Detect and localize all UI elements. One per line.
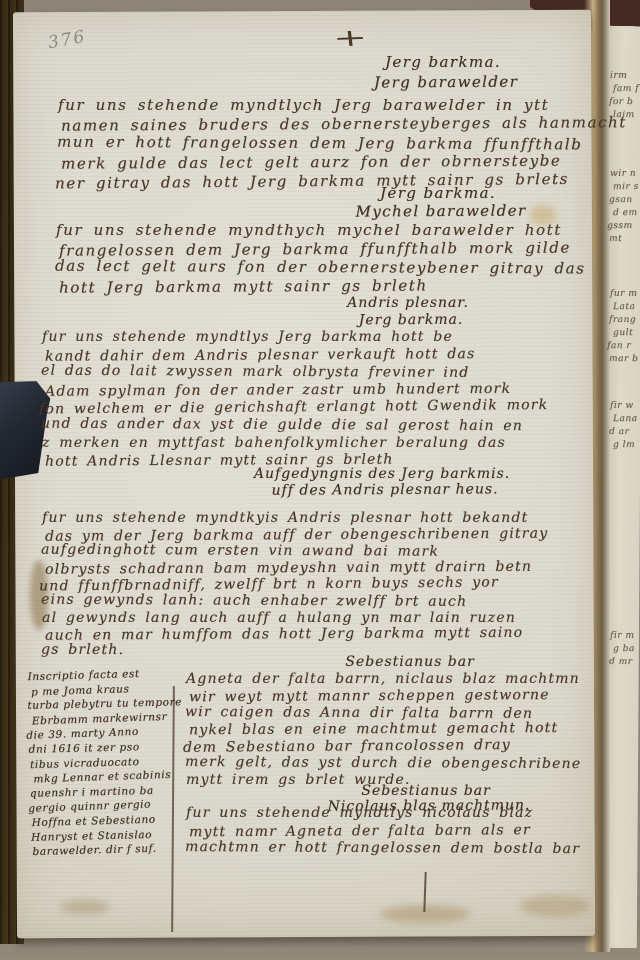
- text-line: z merken en myttfast bahenfolkymlicher b…: [42, 435, 586, 453]
- adjacent-page-text-fragment: irmfam ffor blaim: [610, 70, 638, 122]
- text-line: fur m: [610, 288, 638, 301]
- entry3-subheading: Aufgedyngnis des Jerg barkmis.uff des An…: [214, 466, 550, 498]
- text-line: Mychel barawelder: [301, 201, 581, 221]
- text-line: frang: [609, 314, 637, 327]
- text-line: gult: [613, 327, 640, 340]
- text-line: hott Jerg barkma mytt sainr gs brleth: [59, 275, 591, 297]
- text-line: fur uns stehende myndthych mychel barawe…: [56, 221, 588, 240]
- cross-mark: +: [331, 23, 368, 52]
- text-line: wir weyt mytt mannr scheppen gestworne: [189, 687, 593, 706]
- text-line: eins gewynds lanh: auch enhaber zwelff b…: [41, 592, 585, 611]
- entry5-heading: Sebestianus bar: [300, 654, 520, 671]
- text-line: merk gelt, das yst durch die obengeschri…: [185, 754, 589, 773]
- adjacent-page-text-fragment: wir nmir sgsand emgssmmt: [610, 168, 638, 246]
- text-line: mar b: [609, 353, 637, 366]
- text-line: mt: [609, 233, 637, 246]
- entry6-body: fur uns stehende myndtlys nicolaus blazm…: [186, 805, 590, 858]
- text-line: Jerg barawelder: [311, 71, 581, 93]
- paper-stain: [60, 900, 110, 914]
- entry2-body: fur uns stehende myndthych mychel barawe…: [56, 221, 588, 295]
- text-line: d mr: [609, 656, 637, 669]
- text-line: irm: [610, 70, 638, 83]
- text-line: Agneta der falta barrn, niclaus blaz mac…: [186, 671, 590, 688]
- entry1-body: fur uns stehende myndtlych Jerg baraweld…: [58, 96, 588, 191]
- text-line: Hanryst et Stanislao: [31, 827, 181, 845]
- text-line: gsan: [609, 194, 637, 207]
- text-line: fir m: [610, 630, 638, 643]
- text-line: fur uns stehende myndtkyis Andris plesna…: [42, 510, 586, 527]
- text-line: mir s: [613, 181, 640, 194]
- text-line: das lect gelt aurs fon der obernersteybe…: [55, 257, 587, 278]
- text-line: d em: [613, 207, 640, 220]
- adjacent-page-text-fragment: fir wLanad arg lm: [610, 400, 638, 452]
- text-line: machtmn er hott frangelossen dem bostla …: [185, 839, 589, 859]
- entry3-heading: Andris plesnar.Jerg barkma.: [268, 295, 548, 329]
- text-line: Sebestianus bar: [300, 654, 520, 671]
- text-line: Aufgedyngnis des Jerg barkmis.: [214, 466, 550, 482]
- text-line: Lata: [613, 301, 640, 314]
- text-line: for b: [609, 96, 637, 109]
- entry2-heading: Jerg barkma.Mychel barawelder: [298, 184, 578, 220]
- manuscript-photo: 376 + Jerg barkma.Jerg barawelder fur un…: [0, 0, 640, 960]
- text-line: uff des Andris plesnar heus.: [217, 481, 553, 499]
- text-line: Lana: [613, 413, 640, 426]
- text-line: d ar: [609, 426, 637, 439]
- text-line: g ba: [613, 643, 640, 656]
- paper-stain: [520, 895, 590, 917]
- text-line: mytt namr Agneta der falta barn als er: [189, 821, 593, 841]
- text-line: laim: [613, 109, 640, 122]
- adjacent-page-text-fragment: fur mLatafranggultfan rmar b: [610, 288, 638, 366]
- text-line: fur uns stehende myndtlys nicolaus blaz: [186, 805, 590, 823]
- entry5-body: Agneta der falta barrn, niclaus blaz mac…: [186, 671, 590, 789]
- text-line: al gewynds lang auch auff a hulang yn ma…: [42, 610, 586, 627]
- text-line: Jerg barkma.: [271, 311, 551, 330]
- text-line: g lm: [613, 439, 640, 452]
- entry4-body: fur uns stehende myndtkyis Andris plesna…: [42, 510, 586, 659]
- text-line: gssm: [607, 220, 635, 233]
- text-line: fan r: [607, 340, 635, 353]
- text-line: Jerg barkma.: [308, 52, 578, 72]
- text-line: fir w: [610, 400, 638, 413]
- text-line: Jerg barkma.: [298, 184, 578, 202]
- text-line: fur uns stehende myndtlych Jerg baraweld…: [58, 96, 588, 115]
- text-line: wir n: [610, 168, 638, 181]
- margin-inscription-note: Inscriptio facta estp me Joma krausturba…: [27, 666, 182, 860]
- text-line: Andris plesnar.: [268, 295, 548, 312]
- text-line: und das ander dax yst die gulde die sal …: [41, 416, 585, 436]
- entry3-body: fur uns stehende myndtlys Jerg barkma ho…: [42, 329, 586, 470]
- text-line: fam f: [613, 83, 640, 96]
- entry1-heading: Jerg barkma.Jerg barawelder: [308, 52, 578, 92]
- text-line: fur uns stehende myndtlys Jerg barkma ho…: [42, 329, 586, 347]
- adjacent-page-text-fragment: fir mg bad mr: [610, 630, 638, 669]
